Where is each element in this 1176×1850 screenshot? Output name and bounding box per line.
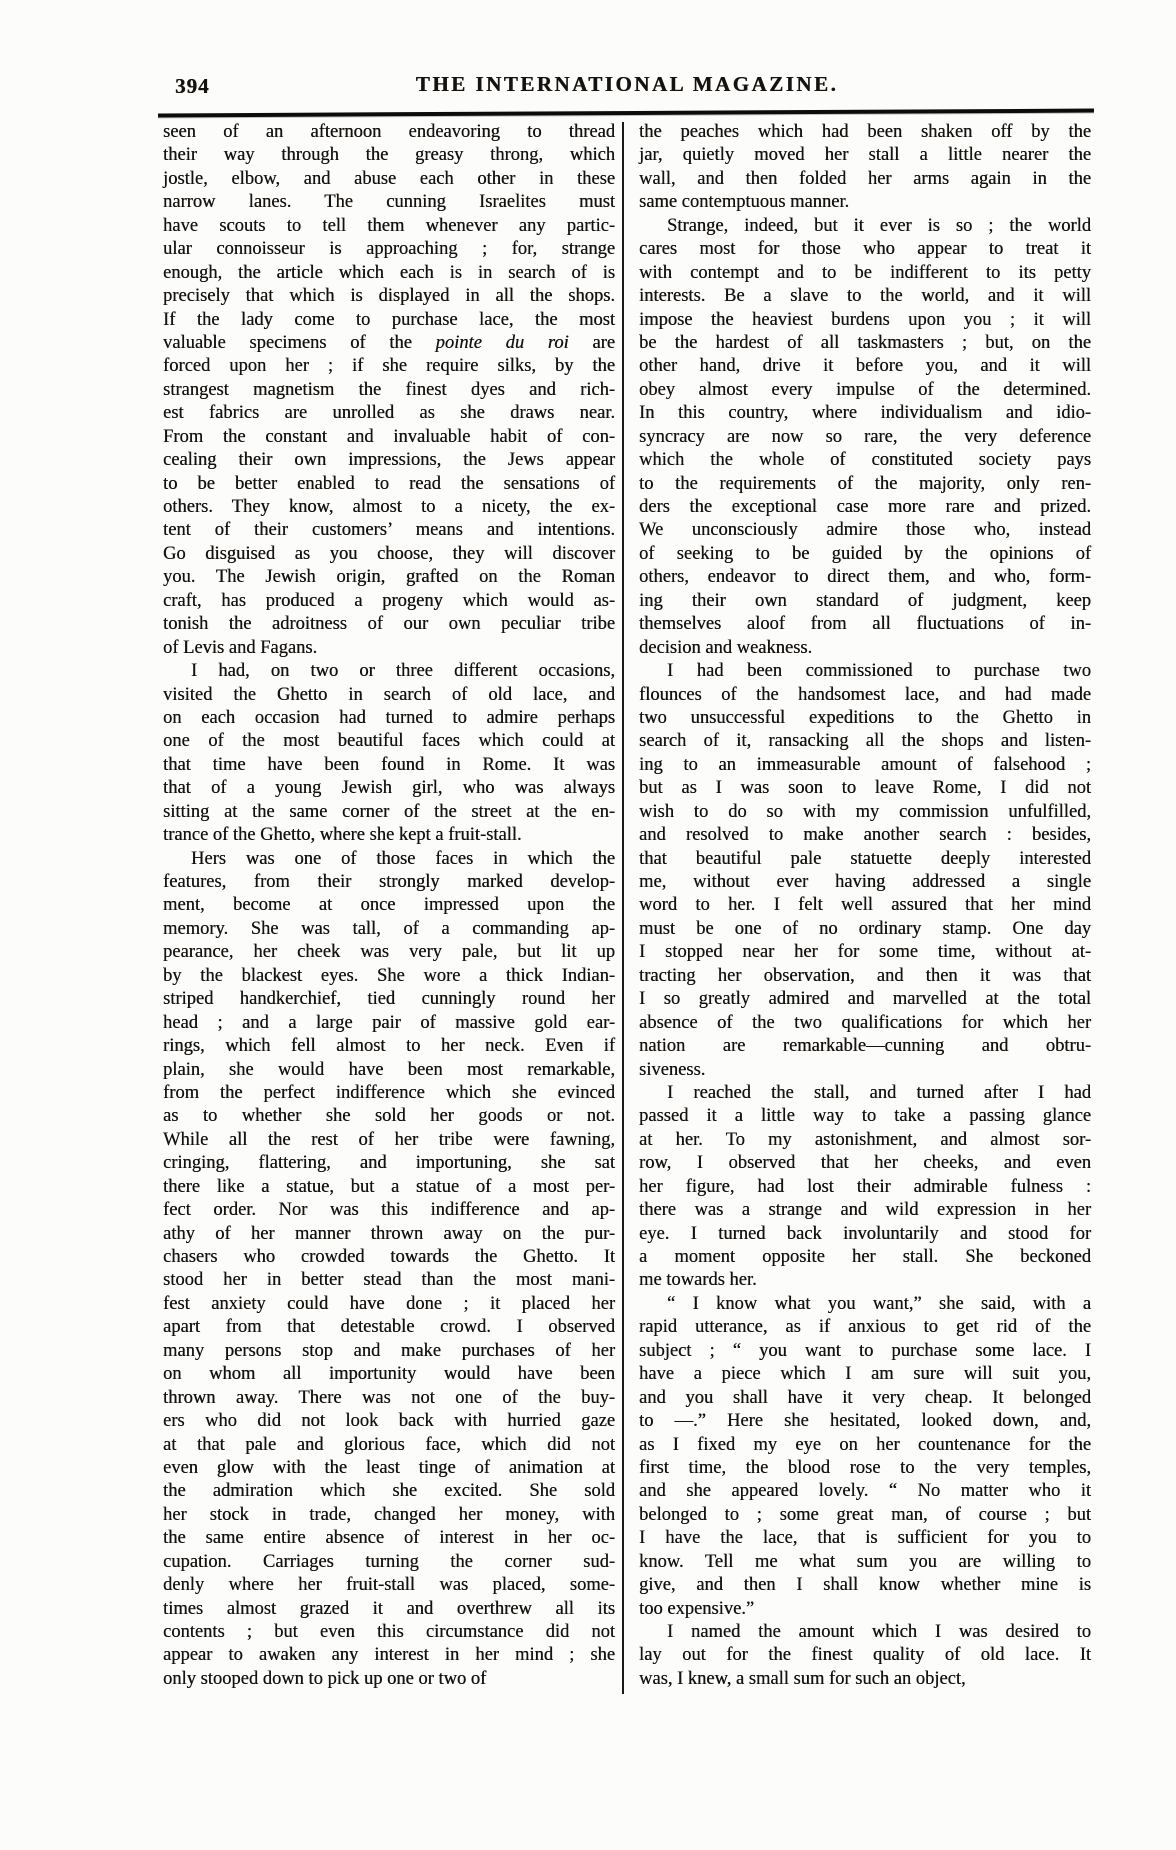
- text-line: I named the amount which I was desired t…: [639, 1621, 1091, 1644]
- text-line: her stock in trade, changed her money, w…: [163, 1504, 615, 1527]
- text-line: rapid utterance, as if anxious to get ri…: [639, 1316, 1091, 1339]
- text-line: times almost grazed it and overthrew all…: [163, 1598, 615, 1621]
- text-line: of Levis and Fagans.: [163, 637, 615, 660]
- text-line: the peaches which had been shaken off by…: [639, 121, 1091, 144]
- text-line: narrow lanes. The cunning Israelites mus…: [163, 191, 615, 214]
- text-line: and resolved to make another search : be…: [639, 824, 1091, 847]
- text-line: “ I know what you want,” she said, with …: [639, 1293, 1091, 1316]
- text-line: appear to awaken any interest in her min…: [163, 1644, 615, 1667]
- text-line: but as I was soon to leave Rome, I did n…: [639, 777, 1091, 800]
- text-line: tracting her observation, and then it wa…: [639, 965, 1091, 988]
- magazine-page: 394 THE INTERNATIONAL MAGAZINE. seen of …: [0, 0, 1176, 1850]
- text-line: head ; and a large pair of massive gold …: [163, 1012, 615, 1035]
- text-line: same contemptuous manner.: [639, 191, 1091, 214]
- text-line: two unsuccessful expeditions to the Ghet…: [639, 707, 1091, 730]
- text-line: tent of their customers’ means and inten…: [163, 519, 615, 542]
- text-line: and she appeared lovely. “ No matter who…: [639, 1480, 1091, 1503]
- text-line: pearance, her cheek was very pale, but l…: [163, 941, 615, 964]
- text-line: search of it, ransacking all the shops a…: [639, 730, 1091, 753]
- text-line: by the blackest eyes. She wore a thick I…: [163, 965, 615, 988]
- text-line: In this country, where individualism and…: [639, 402, 1091, 425]
- text-line: you. The Jewish origin, grafted on the R…: [163, 566, 615, 589]
- text-line: precisely that which is displayed in all…: [163, 285, 615, 308]
- text-line: even glow with the least tinge of animat…: [163, 1457, 615, 1480]
- text-line: ment, become at once impressed upon the: [163, 894, 615, 917]
- text-line: there like a statue, but a statue of a m…: [163, 1176, 615, 1199]
- text-line: wish to do so with my commission unfulfi…: [639, 801, 1091, 824]
- text-line: memory. She was tall, of a commanding ap…: [163, 918, 615, 941]
- text-line: belonged to ; some great man, of course …: [639, 1504, 1091, 1527]
- text-line: others. They know, almost to a nicety, t…: [163, 496, 615, 519]
- text-line: denly where her fruit-stall was placed, …: [163, 1574, 615, 1597]
- text-line: est fabrics are unrolled as she draws ne…: [163, 402, 615, 425]
- text-line: subject ; “ you want to purchase some la…: [639, 1340, 1091, 1363]
- paragraph: seen of an afternoon endeavoring to thre…: [163, 121, 615, 660]
- text-line: that time have been found in Rome. It wa…: [163, 754, 615, 777]
- text-line: sitting at the same corner of the street…: [163, 801, 615, 824]
- left-column: seen of an afternoon endeavoring to thre…: [163, 121, 615, 1691]
- text-line: at that pale and glorious face, which di…: [163, 1434, 615, 1457]
- text-line: flounces of the handsomest lace, and had…: [639, 684, 1091, 707]
- text-line: Go disguised as you choose, they will di…: [163, 543, 615, 566]
- text-line: which the whole of constituted society p…: [639, 449, 1091, 472]
- text-line: their way through the greasy throng, whi…: [163, 144, 615, 167]
- article-body: seen of an afternoon endeavoring to thre…: [163, 121, 1091, 1691]
- text-line: impose the heaviest burdens upon you ; i…: [639, 309, 1091, 332]
- text-line: the admiration which she excited. She so…: [163, 1480, 615, 1503]
- text-line: tonish the adroitness of our own peculia…: [163, 613, 615, 636]
- text-line: seen of an afternoon endeavoring to thre…: [163, 121, 615, 144]
- text-line: Strange, indeed, but it ever is so ; the…: [639, 215, 1091, 238]
- paragraph: Strange, indeed, but it ever is so ; the…: [639, 215, 1091, 660]
- text-line: features, from their strongly marked dev…: [163, 871, 615, 894]
- text-line: trance of the Ghetto, where she kept a f…: [163, 824, 615, 847]
- text-line: ing to an immeasurable amount of falseho…: [639, 754, 1091, 777]
- text-line: enough, the article which each is in sea…: [163, 262, 615, 285]
- text-line: have scouts to tell them whenever any pa…: [163, 215, 615, 238]
- text-line: lay out for the finest quality of old la…: [639, 1644, 1091, 1667]
- text-line: with contempt and to be indifferent to i…: [639, 262, 1091, 285]
- text-line: to —.” Here she hesitated, looked down, …: [639, 1410, 1091, 1433]
- text-line: on whom all importunity would have been: [163, 1363, 615, 1386]
- text-line: obey almost every impulse of the determi…: [639, 379, 1091, 402]
- text-line: too expensive.”: [639, 1598, 1091, 1621]
- paragraph: I reached the stall, and turned after I …: [639, 1082, 1091, 1293]
- text-line: forced upon her ; if she require silks, …: [163, 355, 615, 378]
- paragraph: I had been commissioned to purchase twof…: [639, 660, 1091, 1082]
- text-line: apart from that detestable crowd. I obse…: [163, 1316, 615, 1339]
- text-line: chasers who crowded towards the Ghetto. …: [163, 1246, 615, 1269]
- text-line: know. Tell me what sum you are willing t…: [639, 1551, 1091, 1574]
- text-line: nation are remarkable—cunning and obtru-: [639, 1035, 1091, 1058]
- text-line: ular connoisseur is approaching ; for, s…: [163, 238, 615, 261]
- text-line: ders the exceptional case more rare and …: [639, 496, 1091, 519]
- text-line: as I fixed my eye on her countenance for…: [639, 1434, 1091, 1457]
- text-line: to be better enabled to read the sensati…: [163, 473, 615, 496]
- text-line: her figure, had lost their admirable ful…: [639, 1176, 1091, 1199]
- text-line: only stooped down to pick up one or two …: [163, 1668, 615, 1691]
- text-line: athy of her manner thrown away on the pu…: [163, 1223, 615, 1246]
- page-header: 394 THE INTERNATIONAL MAGAZINE.: [163, 72, 1091, 106]
- text-line: a moment opposite her stall. She beckone…: [639, 1246, 1091, 1269]
- text-line: valuable specimens of the pointe du roi …: [163, 332, 615, 355]
- text-line: I had, on two or three different occasio…: [163, 660, 615, 683]
- text-line: ing their own standard of judgment, keep: [639, 590, 1091, 613]
- text-line: and you shall have it very cheap. It bel…: [639, 1387, 1091, 1410]
- text-line: me, without ever having addressed a sing…: [639, 871, 1091, 894]
- text-line: have a piece which I am sure will suit y…: [639, 1363, 1091, 1386]
- text-line: row, I observed that her cheeks, and eve…: [639, 1152, 1091, 1175]
- text-line: as to whether she sold her goods or not.: [163, 1105, 615, 1128]
- text-line: cealing their own impressions, the Jews …: [163, 449, 615, 472]
- text-line: cringing, flattering, and importuning, s…: [163, 1152, 615, 1175]
- text-line: jar, quietly moved her stall a little ne…: [639, 144, 1091, 167]
- text-line: many persons stop and make purchases of …: [163, 1340, 615, 1363]
- text-line: craft, has produced a progeny which woul…: [163, 590, 615, 613]
- paragraph: “ I know what you want,” she said, with …: [639, 1293, 1091, 1621]
- text-line: to the requirements of the majority, onl…: [639, 473, 1091, 496]
- text-line: that beautiful pale statuette deeply int…: [639, 848, 1091, 871]
- text-line: that of a young Jewish girl, who was alw…: [163, 777, 615, 800]
- text-line: From the constant and invaluable habit o…: [163, 426, 615, 449]
- text-line: one of the most beautiful faces which co…: [163, 730, 615, 753]
- text-line: passed it a little way to take a passing…: [639, 1105, 1091, 1128]
- text-line: themselves aloof from all fluctuations o…: [639, 613, 1091, 636]
- text-line: I have the lace, that is sufficient for …: [639, 1527, 1091, 1550]
- text-line: word to her. I felt well assured that he…: [639, 894, 1091, 917]
- text-line: While all the rest of her tribe were faw…: [163, 1129, 615, 1152]
- text-line: If the lady come to purchase lace, the m…: [163, 309, 615, 332]
- text-line: cares most for those who appear to treat…: [639, 238, 1091, 261]
- text-line: contents ; but even this circumstance di…: [163, 1621, 615, 1644]
- text-line: I so greatly admired and marvelled at th…: [639, 988, 1091, 1011]
- paragraph: Hers was one of those faces in which the…: [163, 848, 615, 1692]
- text-line: on each occasion had turned to admire pe…: [163, 707, 615, 730]
- text-line: strangest magnetism the finest dyes and …: [163, 379, 615, 402]
- text-line: give, and then I shall know whether mine…: [639, 1574, 1091, 1597]
- text-line: visited the Ghetto in search of old lace…: [163, 684, 615, 707]
- text-line: syncracy are now so rare, the very defer…: [639, 426, 1091, 449]
- text-line: striped handkerchief, tied cunningly rou…: [163, 988, 615, 1011]
- text-line: fest anxiety could have done ; it placed…: [163, 1293, 615, 1316]
- text-line: from the perfect indifference which she …: [163, 1082, 615, 1105]
- text-line: the same entire absence of interest in h…: [163, 1527, 615, 1550]
- text-line: thrown away. There was not one of the bu…: [163, 1387, 615, 1410]
- text-line: of seeking to be guided by the opinions …: [639, 543, 1091, 566]
- text-line: We unconsciously admire those who, inste…: [639, 519, 1091, 542]
- text-line: at her. To my astonishment, and almost s…: [639, 1129, 1091, 1152]
- text-line: Hers was one of those faces in which the: [163, 848, 615, 871]
- text-line: rings, which fell almost to her neck. Ev…: [163, 1035, 615, 1058]
- text-line: siveness.: [639, 1059, 1091, 1082]
- text-line: was, I knew, a small sum for such an obj…: [639, 1668, 1091, 1691]
- right-column: the peaches which had been shaken off by…: [639, 121, 1091, 1691]
- text-line: absence of the two qualifications for wh…: [639, 1012, 1091, 1035]
- text-line: I stopped near her for some time, withou…: [639, 941, 1091, 964]
- text-line: wall, and then folded her arms again in …: [639, 168, 1091, 191]
- text-line: first time, the blood rose to the very t…: [639, 1457, 1091, 1480]
- text-line: eye. I turned back involuntarily and sto…: [639, 1223, 1091, 1246]
- text-line: I reached the stall, and turned after I …: [639, 1082, 1091, 1105]
- text-line: fect order. Nor was this indifference an…: [163, 1199, 615, 1222]
- text-line: other hand, drive it before you, and it …: [639, 355, 1091, 378]
- text-line: jostle, elbow, and abuse each other in t…: [163, 168, 615, 191]
- text-line: plain, she would have been most remarkab…: [163, 1059, 615, 1082]
- header-rule: [158, 109, 1094, 118]
- text-line: interests. Be a slave to the world, and …: [639, 285, 1091, 308]
- paragraph: the peaches which had been shaken off by…: [639, 121, 1091, 215]
- text-line: there was a strange and wild expression …: [639, 1199, 1091, 1222]
- text-line: decision and weakness.: [639, 637, 1091, 660]
- text-line: stood her in better stead than the most …: [163, 1269, 615, 1292]
- text-line: be the hardest of all taskmasters ; but,…: [639, 332, 1091, 355]
- text-line: must be one of no ordinary stamp. One da…: [639, 918, 1091, 941]
- magazine-title: THE INTERNATIONAL MAGAZINE.: [163, 72, 1091, 97]
- paragraph: I had, on two or three different occasio…: [163, 660, 615, 848]
- text-line: I had been commissioned to purchase two: [639, 660, 1091, 683]
- text-line: ers who did not look back with hurried g…: [163, 1410, 615, 1433]
- text-line: me towards her.: [639, 1269, 1091, 1292]
- text-line: cupation. Carriages turning the corner s…: [163, 1551, 615, 1574]
- text-line: others, endeavor to direct them, and who…: [639, 566, 1091, 589]
- paragraph: I named the amount which I was desired t…: [639, 1621, 1091, 1691]
